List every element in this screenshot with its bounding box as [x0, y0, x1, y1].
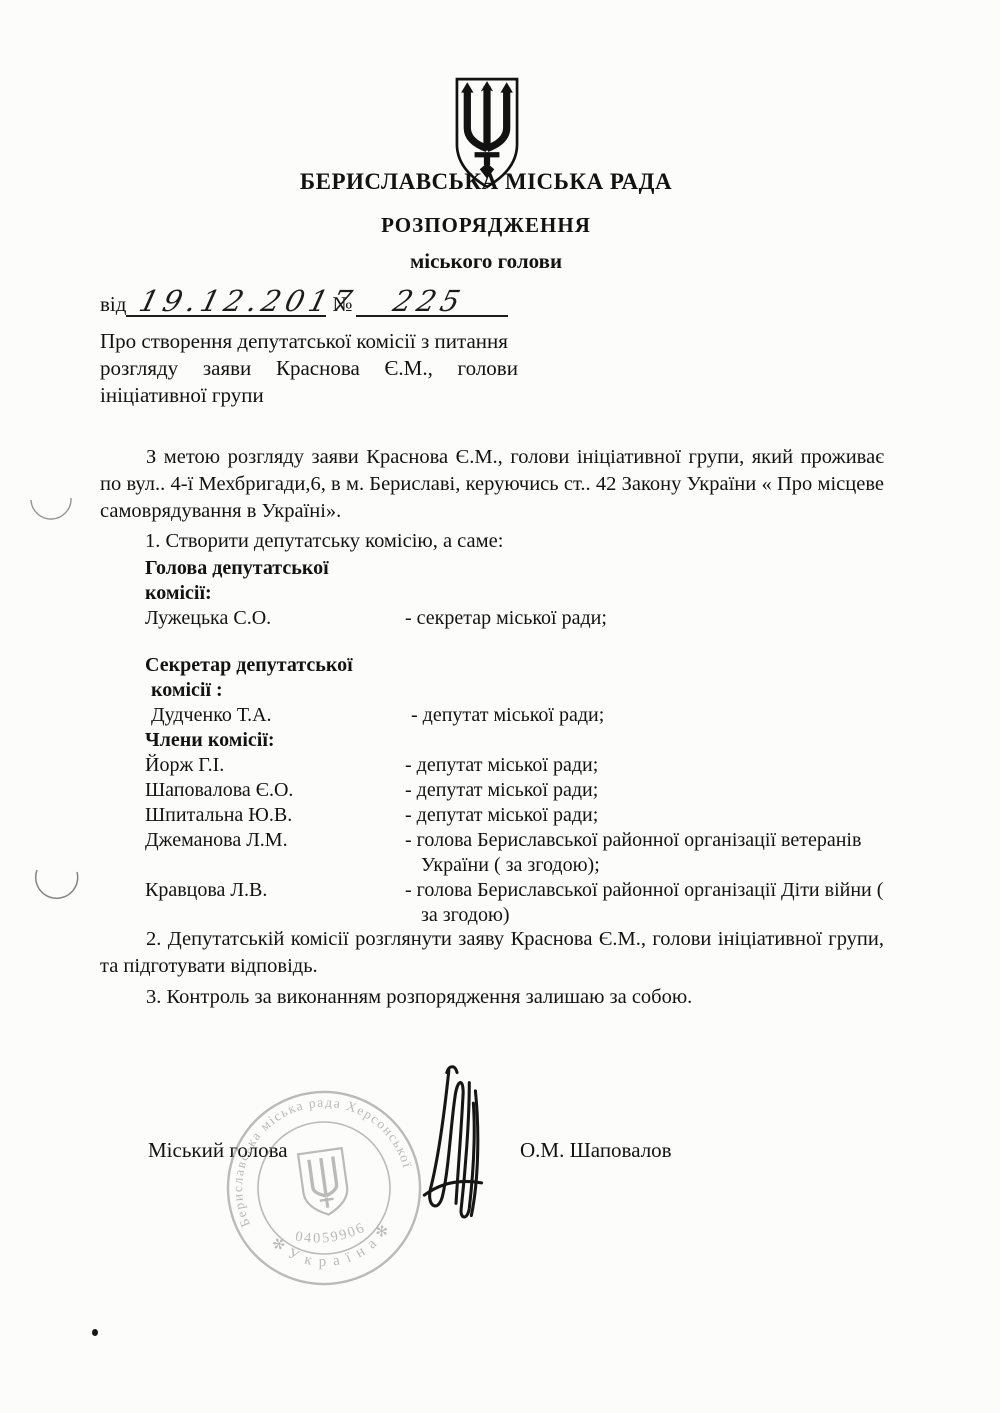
document-type-title: РОЗПОРЯДЖЕННЯ [0, 213, 972, 238]
subject-block: Про створення депутатської комісії з пит… [100, 328, 518, 409]
commission-row: Джеманова Л.М. - голова Бериславської ра… [145, 828, 890, 878]
commission-row: Дудченко Т.А. - депутат міської ради; [145, 703, 890, 728]
scan-artifact-arc [26, 484, 78, 530]
svg-text:✻ У к р а ї н а ✻: ✻ У к р а ї н а ✻ [266, 1219, 398, 1278]
commission-row: Секретар депутатської [145, 653, 890, 678]
scan-artifact-arc [28, 858, 84, 910]
handwritten-number: 225 [390, 284, 469, 318]
date-underline: 19.12.2017 [126, 285, 326, 317]
stamp-trident-icon [298, 1148, 350, 1218]
scanned-document-page: БЕРИСЛАВСЬКА МІСЬКА РАДА РОЗПОРЯДЖЕННЯ м… [0, 0, 1000, 1413]
commission-row: комісії : [145, 678, 890, 703]
item-1-text: 1. Створити депутатську комісію, а саме: [145, 530, 503, 553]
commission-list: Голова депутатської комісії: Лужецька С.… [145, 556, 890, 928]
subject-line: Про створення депутатської комісії з пит… [100, 328, 518, 355]
stamp-ring-text-bottom: ✻ У к р а ї н а ✻ [266, 1219, 398, 1278]
subject-line: ініціативної групи [100, 382, 518, 409]
body-paragraph-3: 3. Контроль за виконанням розпорядження … [100, 984, 884, 1011]
signer-name: О.М. Шаповалов [520, 1138, 672, 1163]
commission-row: Голова депутатської [145, 556, 890, 581]
organization-name: БЕРИСЛАВСЬКА МІСЬКА РАДА [0, 169, 972, 195]
commission-row: комісії: [145, 581, 890, 606]
commission-row: Шпитальна Ю.В. - депутат міської ради; [145, 803, 890, 828]
number-underline: 225 [356, 285, 508, 317]
commission-row: Шаповалова Є.О. - депутат міської ради; [145, 778, 890, 803]
date-number-row: від 19.12.2017 № 225 [100, 281, 530, 317]
date-label: від [100, 292, 126, 317]
subject-line: розгляду заяви Краснова Є.М., голови [100, 355, 518, 382]
signature-scribble-icon [410, 1060, 502, 1224]
scan-artifact-dot [92, 1329, 98, 1336]
body-paragraph-2: 2. Депутатській комісії розглянути заяву… [100, 926, 884, 980]
commission-row: Лужецька С.О. - секретар міської ради; [145, 606, 890, 631]
official-round-stamp-icon: Бериславська міська рада Херсонської ✻ У… [224, 1086, 424, 1290]
commission-row: Члени комісії: [145, 728, 890, 753]
commission-row: Йорж Г.І. - депутат міської ради; [145, 753, 890, 778]
handwritten-date: 19.12.2017 [136, 284, 361, 318]
body-paragraph-1: З метою розгляду заяви Краснова Є.М., го… [100, 444, 884, 525]
commission-row: Кравцова Л.В. - голова Бериславської рай… [145, 878, 890, 928]
document-subtype: міського голови [0, 249, 972, 274]
